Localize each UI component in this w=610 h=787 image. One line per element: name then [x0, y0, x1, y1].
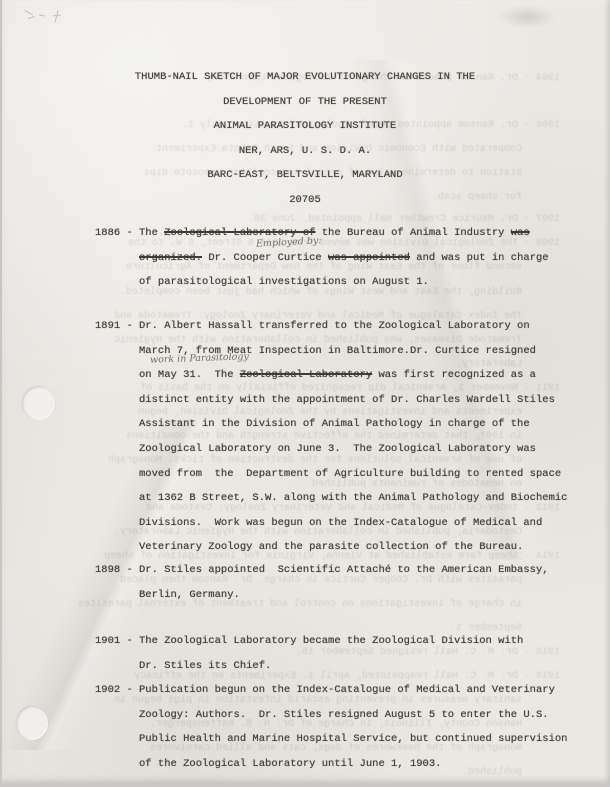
pencil-smudge [498, 6, 556, 28]
struck-text: was [511, 227, 530, 239]
entry-year: 1898 - [95, 558, 133, 583]
entry-line: Publication begun on the Index-Catalogue… [139, 678, 555, 703]
typed-text: Veterinary Zoology and the parasite coll… [139, 541, 523, 553]
title-block: THUMB-NAIL SKETCH OF MAJOR EVOLUTIONARY … [55, 65, 555, 213]
title-line: 20705 [55, 188, 555, 213]
punch-hole [22, 386, 55, 420]
entry-line: on May 31. The Zoological Laboratory was… [139, 363, 555, 388]
title-line: THUMB-NAIL SKETCH OF MAJOR EVOLUTIONARY … [55, 65, 555, 90]
typed-text: was first recognized as a [372, 369, 536, 381]
pencil-scribble [22, 8, 82, 28]
typed-text: Dr. Albert Hassall transferred to the Zo… [139, 320, 530, 332]
entry-line: Dr. Stiles appointed Scientific Attaché … [139, 558, 555, 583]
typed-text: Dr. Stiles appointed Scientific Attaché … [139, 564, 549, 576]
entry-year: 1902 - [95, 678, 133, 703]
entry-text: The Zoological Laboratory became the Zoo… [139, 629, 555, 678]
entry-line: Berlin, Germany. [139, 583, 555, 608]
title-line: DEVELOPMENT OF THE PRESENT [55, 90, 555, 115]
timeline-entry-1902: 1902 -Publication begun on the Index-Cat… [95, 678, 555, 776]
typed-text: Zoological Laboratory on June 3. The Zoo… [139, 443, 536, 455]
entry-text: Dr. Albert Hassall transferred to the Zo… [139, 314, 555, 560]
title-line: BARC-EAST, BELTSVILLE, MARYLAND [55, 163, 555, 188]
typed-text: Divisions. Work was begun on the Index-C… [139, 517, 542, 529]
typed-text: Dr. Stiles its Chief. [139, 660, 271, 672]
typed-text: Berlin, Germany. [139, 589, 240, 601]
typed-text: Public Health and Marine Hospital Servic… [139, 733, 567, 745]
typed-text: Zoology: Authors. Dr. Stiles resigned Au… [139, 709, 549, 721]
typed-text: of parasitological investigations on Aug… [139, 276, 429, 288]
entry-line: at 1362 B Street, S.W. along with the An… [139, 486, 555, 511]
entry-text: The Zoological Laboratory of the Bureau … [139, 221, 555, 295]
entry-line: of parasitological investigations on Aug… [139, 270, 555, 295]
typed-text: distinct entity with the appointment of … [139, 394, 555, 406]
entry-line: The Zoological Laboratory of the Bureau … [139, 221, 555, 246]
punch-hole [16, 706, 48, 740]
entry-line: Zoology: Authors. Dr. Stiles resigned Au… [139, 703, 555, 728]
typed-text: moved from the Department of Agriculture… [139, 468, 561, 480]
typed-text: and was put in charge [410, 252, 549, 264]
timeline-entry-1901: 1901 -The Zoological Laboratory became t… [95, 629, 555, 678]
entry-line: organized. Dr. Cooper Curtice was appoin… [139, 246, 555, 271]
entry-line: Public Health and Marine Hospital Servic… [139, 727, 555, 752]
entry-text: Publication begun on the Index-Catalogue… [139, 678, 555, 776]
typed-text: The [139, 227, 164, 239]
typed-text: of the Zoological Laboratory until June … [139, 758, 441, 770]
typed-text: Assistant in the Division of Animal Path… [139, 418, 530, 430]
entry-line: Divisions. Work was begun on the Index-C… [139, 511, 555, 536]
entry-line: Zoological Laboratory on June 3. The Zoo… [139, 437, 555, 462]
entry-line: The Zoological Laboratory became the Zoo… [139, 629, 555, 654]
timeline-entry-1891: 1891 -Dr. Albert Hassall transferred to … [95, 314, 555, 560]
typed-text: Publication begun on the Index-Catalogue… [139, 684, 555, 696]
typed-text: the Bureau of Animal Industry [315, 227, 510, 239]
entry-line: moved from the Department of Agriculture… [139, 462, 555, 487]
timeline-entry-1886: 1886 -The Zoological Laboratory of the B… [95, 221, 555, 295]
entry-year: 1891 - [95, 314, 133, 339]
entry-line: Dr. Stiles its Chief. [139, 654, 555, 679]
typed-text: Dr. Cooper Curtice [202, 252, 328, 264]
entry-line: Assistant in the Division of Animal Path… [139, 412, 555, 437]
struck-text: was appointed [328, 252, 410, 264]
timeline-entry-1898: 1898 -Dr. Stiles appointed Scientific At… [95, 558, 555, 607]
title-line: ANIMAL PARASITOLOGY INSTITUTE [55, 114, 555, 139]
typed-text: on May 31. The [139, 369, 240, 381]
entry-line: distinct entity with the appointment of … [139, 388, 555, 413]
entry-year: 1901 - [95, 629, 133, 654]
typed-text: at 1362 B Street, S.W. along with the An… [139, 492, 567, 504]
title-line: NER, ARS, U. S. D. A. [55, 139, 555, 164]
entry-year: 1886 - [95, 221, 133, 246]
struck-text: Zoological Laboratory [240, 369, 372, 381]
entry-text: Dr. Stiles appointed Scientific Attaché … [139, 558, 555, 607]
entry-line: of the Zoological Laboratory until June … [139, 752, 555, 777]
entry-line: Dr. Albert Hassall transferred to the Zo… [139, 314, 555, 339]
entry-line: Veterinary Zoology and the parasite coll… [139, 535, 555, 560]
typed-text: The Zoological Laboratory became the Zoo… [139, 635, 523, 647]
struck-text: organized. [139, 252, 202, 264]
